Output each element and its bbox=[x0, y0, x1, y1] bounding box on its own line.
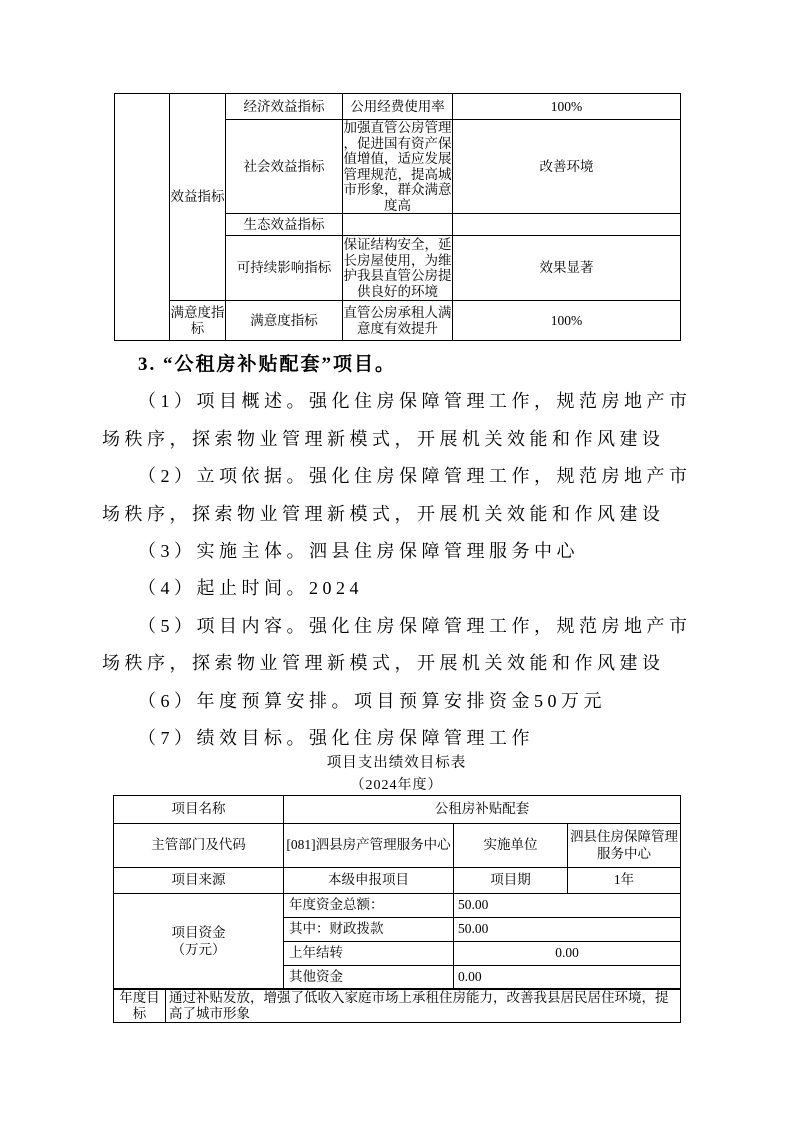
table-caption-title: 项目支出绩效目标表 bbox=[0, 752, 793, 774]
annual-goal-row: 年度目标 通过补贴发放，增强了低收入家庭市场上承租住房能力，改善我县居民居住环境… bbox=[113, 988, 681, 1023]
source-value-cell: 本级申报项目 bbox=[284, 868, 454, 894]
indicator-left-spacer-cell bbox=[115, 94, 170, 341]
table-row: 满意度指标 满意度指标 直管公房承租人满意度有效提升 100% bbox=[115, 301, 681, 341]
indicator-value-cell: 100% bbox=[453, 301, 681, 341]
indicator-name-cell: 满意度指标 bbox=[226, 301, 343, 341]
indicator-desc-cell: 加强直管公房管理，促进国有资产保值增值，适应发展管理规范，提高城市形象，群众满意… bbox=[343, 120, 453, 214]
satisfaction-group-cell: 满意度指标 bbox=[170, 301, 226, 341]
indicator-desc-cell: 直管公房承租人满意度有效提升 bbox=[343, 301, 453, 341]
period-value-cell: 1年 bbox=[568, 868, 681, 894]
fund-label-line1: 项目资金 bbox=[114, 925, 283, 942]
table-row: 效益指标 经济效益指标 公用经费使用率 100% bbox=[115, 94, 681, 120]
paragraph-line: （6）年度预算安排。项目预算安排资金50万元 bbox=[102, 683, 742, 720]
fund-row-label-cell: 其中：财政拨款 bbox=[284, 918, 454, 942]
fund-row-label-cell: 年度资金总额： bbox=[284, 894, 454, 918]
dept-label-cell: 主管部门及代码 bbox=[114, 824, 284, 868]
fund-row-label-cell: 上年结转 bbox=[284, 942, 454, 966]
goal-value-cell: 通过补贴发放，增强了低收入家庭市场上承租住房能力，改善我县居民居住环境，提高了城… bbox=[166, 989, 681, 1023]
indicator-name-cell: 经济效益指标 bbox=[226, 94, 343, 120]
fund-label-cell: 项目资金 （万元） bbox=[114, 894, 284, 990]
paragraph-line: （3）实施主体。泗县住房保障管理服务中心 bbox=[102, 533, 742, 570]
indicator-desc-cell: 公用经费使用率 bbox=[343, 94, 453, 120]
indicator-value-cell: 改善环境 bbox=[453, 120, 681, 214]
source-label-cell: 项目来源 bbox=[114, 868, 284, 894]
fund-row-value-cell: 50.00 bbox=[454, 918, 681, 942]
indicator-name-cell: 可持续影响指标 bbox=[226, 236, 343, 301]
project-name-value-cell: 公租房补贴配套 bbox=[284, 796, 681, 824]
table-row: 项目名称 公租房补贴配套 bbox=[114, 796, 681, 824]
document-page: 效益指标 经济效益指标 公用经费使用率 100% 社会效益指标 加强直管公房管理… bbox=[0, 0, 793, 1122]
paragraph-line: （5）项目内容。强化住房保障管理工作，规范房地产市 bbox=[102, 608, 742, 645]
table-row: 项目来源 本级申报项目 项目期 1年 bbox=[114, 868, 681, 894]
table-row: 年度目标 通过补贴发放，增强了低收入家庭市场上承租住房能力，改善我县居民居住环境… bbox=[114, 989, 681, 1023]
paragraph-line: （2）立项依据。强化住房保障管理工作，规范房地产市 bbox=[102, 458, 742, 495]
indicator-name-cell: 生态效益指标 bbox=[226, 214, 343, 236]
indicator-value-cell: 100% bbox=[453, 94, 681, 120]
project-section: 3. “公租房补贴配套”项目。 （1）项目概述。强化住房保障管理工作，规范房地产… bbox=[102, 346, 742, 757]
fund-row-label-cell: 其他资金 bbox=[284, 966, 454, 990]
fund-row-value-cell: 0.00 bbox=[454, 966, 681, 990]
paragraph-line: （4）起止时间。2024 bbox=[102, 570, 742, 607]
indicator-table: 效益指标 经济效益指标 公用经费使用率 100% 社会效益指标 加强直管公房管理… bbox=[114, 93, 681, 341]
indicator-value-cell: 效果显著 bbox=[453, 236, 681, 301]
impl-value-cell: 泗县住房保障管理服务中心 bbox=[568, 824, 681, 868]
indicator-desc-cell: 保证结构安全，延长房屋使用，为维护我县直管公房提供良好的环境 bbox=[343, 236, 453, 301]
project-table: 项目名称 公租房补贴配套 主管部门及代码 [081]泗县房产管理服务中心 实施单… bbox=[113, 795, 681, 990]
benefit-group-cell: 效益指标 bbox=[170, 94, 226, 301]
caption-block: 项目支出绩效目标表 （2024年度） bbox=[0, 752, 793, 798]
fund-label-line2: （万元） bbox=[114, 942, 283, 959]
indicator-value-cell bbox=[453, 214, 681, 236]
dept-value-cell: [081]泗县房产管理服务中心 bbox=[284, 824, 454, 868]
fund-row-value-cell: 50.00 bbox=[454, 894, 681, 918]
table-row: 项目资金 （万元） 年度资金总额： 50.00 bbox=[114, 894, 681, 918]
paragraph-line: 场秩序，探索物业管理新模式，开展机关效能和作风建设 bbox=[102, 496, 742, 533]
goal-label-cell: 年度目标 bbox=[114, 989, 166, 1023]
paragraph-line: （1）项目概述。强化住房保障管理工作，规范房地产市 bbox=[102, 383, 742, 420]
indicator-name-cell: 社会效益指标 bbox=[226, 120, 343, 214]
project-name-label-cell: 项目名称 bbox=[114, 796, 284, 824]
section-heading: 3. “公租房补贴配套”项目。 bbox=[102, 346, 742, 383]
paragraph-line: 场秩序，探索物业管理新模式，开展机关效能和作风建设 bbox=[102, 645, 742, 682]
period-label-cell: 项目期 bbox=[454, 868, 568, 894]
indicator-desc-cell bbox=[343, 214, 453, 236]
table-row: 主管部门及代码 [081]泗县房产管理服务中心 实施单位 泗县住房保障管理服务中… bbox=[114, 824, 681, 868]
fund-row-value-cell: 0.00 bbox=[454, 942, 681, 966]
impl-label-cell: 实施单位 bbox=[454, 824, 568, 868]
paragraph-line: 场秩序，探索物业管理新模式，开展机关效能和作风建设 bbox=[102, 421, 742, 458]
